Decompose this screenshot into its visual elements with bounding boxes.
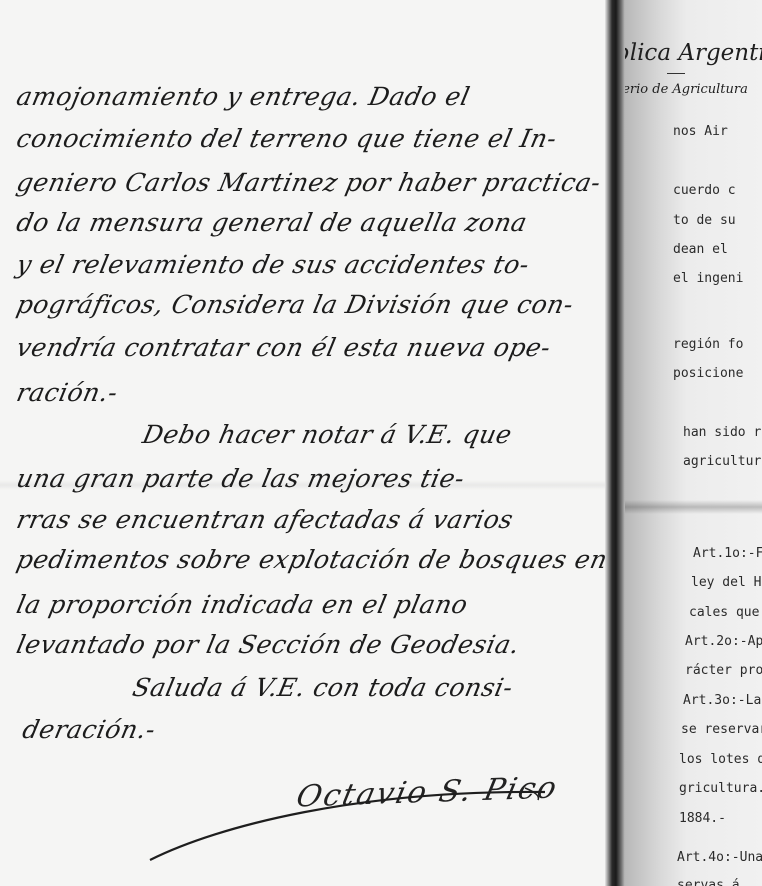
page-fold-crease — [625, 500, 762, 514]
handwritten-line-14: levantado por la Sección de Geodesia. — [14, 630, 522, 659]
handwritten-line-12: pedimentos sobre explotación de bosques … — [14, 545, 610, 574]
typed-line-7: posicione — [673, 366, 743, 381]
handwritten-line-6: pográficos, Considera la División que co… — [14, 290, 576, 319]
typed-line-21: servas á — [677, 878, 740, 886]
handwritten-line-9: Debo hacer notar á V.E. que — [140, 420, 515, 449]
typed-line-9: agricultur — [683, 454, 761, 469]
handwritten-line-7: vendría contratar con él esta nueva ope- — [14, 333, 554, 362]
handwritten-line-11: rras se encuentran afectadas á varios — [14, 505, 516, 534]
typed-line-12: cales que r — [689, 605, 762, 620]
handwritten-line-5: y el relevamiento de sus accidentes to- — [14, 250, 532, 279]
typed-line-2: cuerdo c — [673, 183, 736, 198]
typed-document-page: blica Argentina terio de Agricultura nos… — [625, 0, 762, 886]
typed-line-15: Art.3o:-La D — [683, 693, 762, 708]
typed-line-3: to de su — [673, 213, 736, 228]
typed-line-1: nos Air — [673, 124, 728, 139]
letterhead-republic: blica Argentina — [625, 40, 762, 66]
typed-line-8: han sido r — [683, 425, 761, 440]
typed-line-5: el ingeni — [673, 271, 743, 286]
letterhead-rule — [667, 73, 685, 74]
signature-flourish-icon — [140, 770, 560, 870]
typed-line-10: Art.1o:-Fún — [693, 546, 762, 561]
typed-line-19: 1884.- — [679, 811, 726, 826]
typed-line-20: Art.4o:-Una v — [677, 850, 762, 865]
letterhead-ministry: terio de Agricultura — [625, 82, 748, 97]
typed-line-11: ley del Hog — [691, 575, 762, 590]
typed-line-17: los lotes qu — [679, 752, 762, 767]
handwritten-line-1: amojonamiento y entrega. Dado el — [14, 82, 473, 111]
handwritten-line-15: Saluda á V.E. con toda consi- — [130, 673, 516, 702]
handwritten-line-10: una gran parte de las mejores tie- — [14, 464, 467, 493]
typed-line-14: rácter provi — [685, 663, 762, 678]
handwritten-line-4: do la mensura general de aquella zona — [14, 208, 530, 237]
typed-line-6: región fo — [673, 337, 743, 352]
typed-line-18: gricultura. ( — [679, 781, 762, 796]
book-gutter-shadow — [605, 0, 625, 886]
handwritten-line-2: conocimiento del terreno que tiene el In… — [14, 124, 560, 153]
typed-line-16: se reservará — [681, 722, 762, 737]
handwritten-line-3: geniero Carlos Martinez por haber practi… — [14, 168, 604, 197]
typed-line-4: dean el — [673, 242, 728, 257]
handwritten-line-16: deración.- — [20, 715, 158, 744]
handwritten-line-13: la proporción indicada en el plano — [14, 590, 471, 619]
handwritten-letter-page: amojonamiento y entrega. Dado el conocim… — [0, 0, 605, 886]
typed-line-13: Art.2o:-Apr — [685, 634, 762, 649]
handwritten-line-8: ración.- — [14, 378, 121, 407]
